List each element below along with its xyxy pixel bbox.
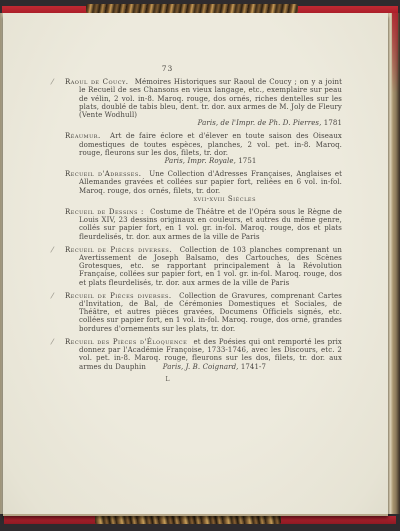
entry-heading: Recueil d'Adresses. [65,170,149,178]
entry-text: Recueil d'Adresses.Une Collection d'Adre… [65,170,342,195]
entry-imprint: Paris, Impr. Royale, 1751 [65,157,342,165]
entry-imprint: Paris, de l'Impr. de Ph. D. Pierres, 178… [65,119,342,127]
entry-heading: Raoul de Coucy. [65,78,135,86]
entry-imprint: Paris, J. B. Coignard, 1741-7 [163,363,266,371]
imprint-year: 1781 [324,119,342,127]
marbled-edge-bottom [95,515,281,524]
entry-heading: Recueil de Pièces diverses. [65,246,180,254]
imprint-year: 1751 [238,157,256,165]
pencil-mark: / [50,246,55,254]
catalog-entry: / Recueil de Pièces diverses.Collection … [65,292,342,333]
catalog-entry: / Recueil de Pièces diverses.Collection … [65,246,342,287]
entry-text: Recueil de Pièces diverses.Collection de… [65,246,342,287]
entry-text: Réaumur.Art de faire éclore et d'élever … [65,132,342,157]
marbled-edge-top [86,4,298,13]
entry-body: Art de faire éclore et d'élever en toute… [79,132,342,156]
catalog-entry: / Recueil des Pièces d'Éloquenceet des P… [65,338,342,371]
imprint-text: Paris, J. B. Coignard, [163,363,239,371]
entry-date-note: xvii-xviii Siècles [65,195,342,203]
book-page: 73 / Raoul de Coucy.Mémoires Historiques… [3,13,388,514]
imprint-year: 1741-7 [241,363,266,371]
pencil-mark: / [50,338,55,346]
entry-heading: Recueil de Dessins : [65,208,150,216]
entry-text: Recueil des Pièces d'Éloquenceet des Poé… [65,338,342,371]
entry-text: Recueil de Dessins :Costume de Théâtre e… [65,208,342,241]
entry-text: Recueil de Pièces diverses.Collection de… [65,292,342,333]
catalog-entry: Recueil de Dessins :Costume de Théâtre e… [65,208,342,241]
date-note-text: xvii-xviii Siècles [194,195,256,203]
page-number: 73 [65,65,270,73]
imprint-text: Paris, de l'Impr. de Ph. D. Pierres, [198,119,322,127]
entry-heading: Recueil des Pièces d'Éloquence [65,338,194,346]
catalog-entry: / Raoul de Coucy.Mémoires Historiques su… [65,78,342,127]
imprint-text: Paris, Impr. Royale, [165,157,236,165]
pencil-mark: / [50,78,55,86]
entry-text: Raoul de Coucy.Mémoires Historiques sur … [65,78,342,119]
page-text-block: 73 / Raoul de Coucy.Mémoires Historiques… [65,65,342,384]
signature-mark: L [65,376,270,384]
catalog-entry: Recueil d'Adresses.Une Collection d'Adre… [65,170,342,203]
entry-heading: Recueil de Pièces diverses. [65,292,179,300]
pencil-mark: / [50,292,55,300]
entry-heading: Réaumur. [65,132,110,140]
catalog-entry: Réaumur.Art de faire éclore et d'élever … [65,132,342,165]
cover-red-sliver-right [392,13,398,93]
